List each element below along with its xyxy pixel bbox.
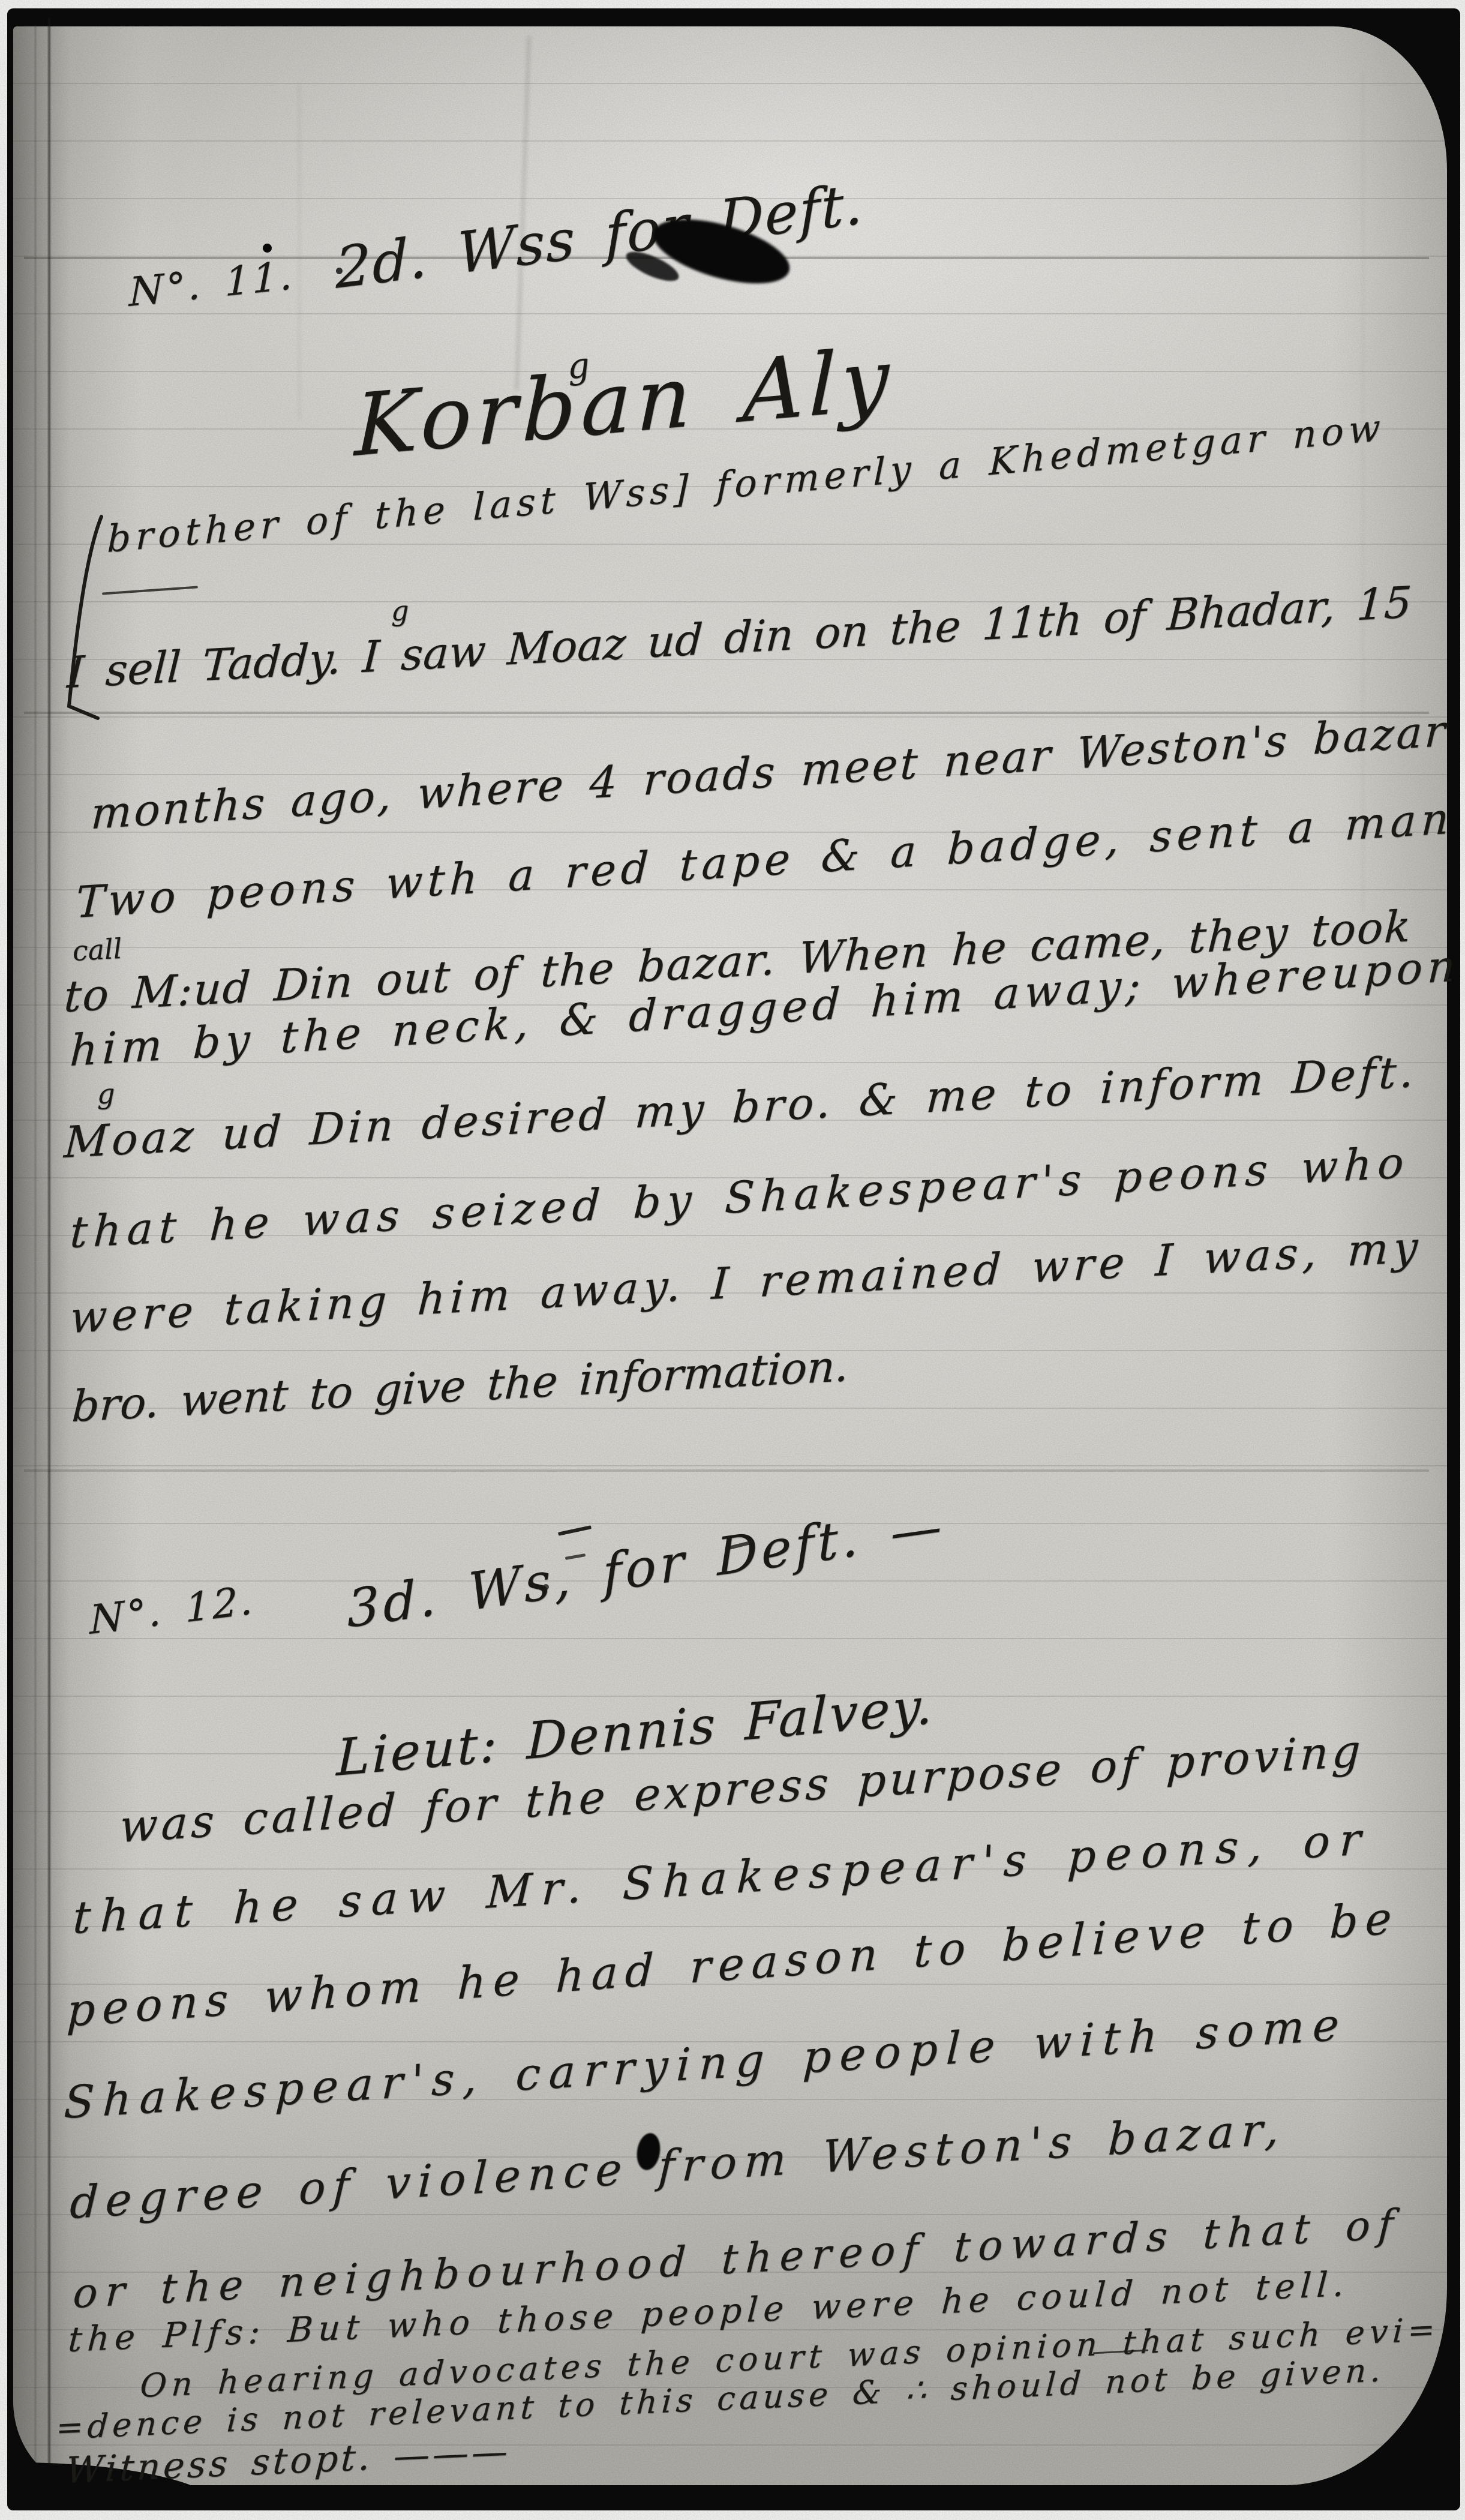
manuscript-scan: N°. 11. 2d. Wss for Deft. g Korban Aly b… (0, 0, 1465, 2520)
superscript-g-mark: g (391, 597, 409, 625)
ink-dot (336, 268, 343, 274)
smudge (298, 84, 301, 420)
smudge (1362, 72, 1364, 912)
superscript-g-mark: g (97, 1080, 115, 1108)
page-edge-line (35, 24, 36, 2472)
page-edge-line (48, 18, 50, 2478)
ruled-line-dark (24, 712, 1429, 714)
ink-dot (263, 244, 272, 253)
insertion-call: call (72, 935, 123, 965)
ruled-line-dark (24, 1469, 1429, 1472)
